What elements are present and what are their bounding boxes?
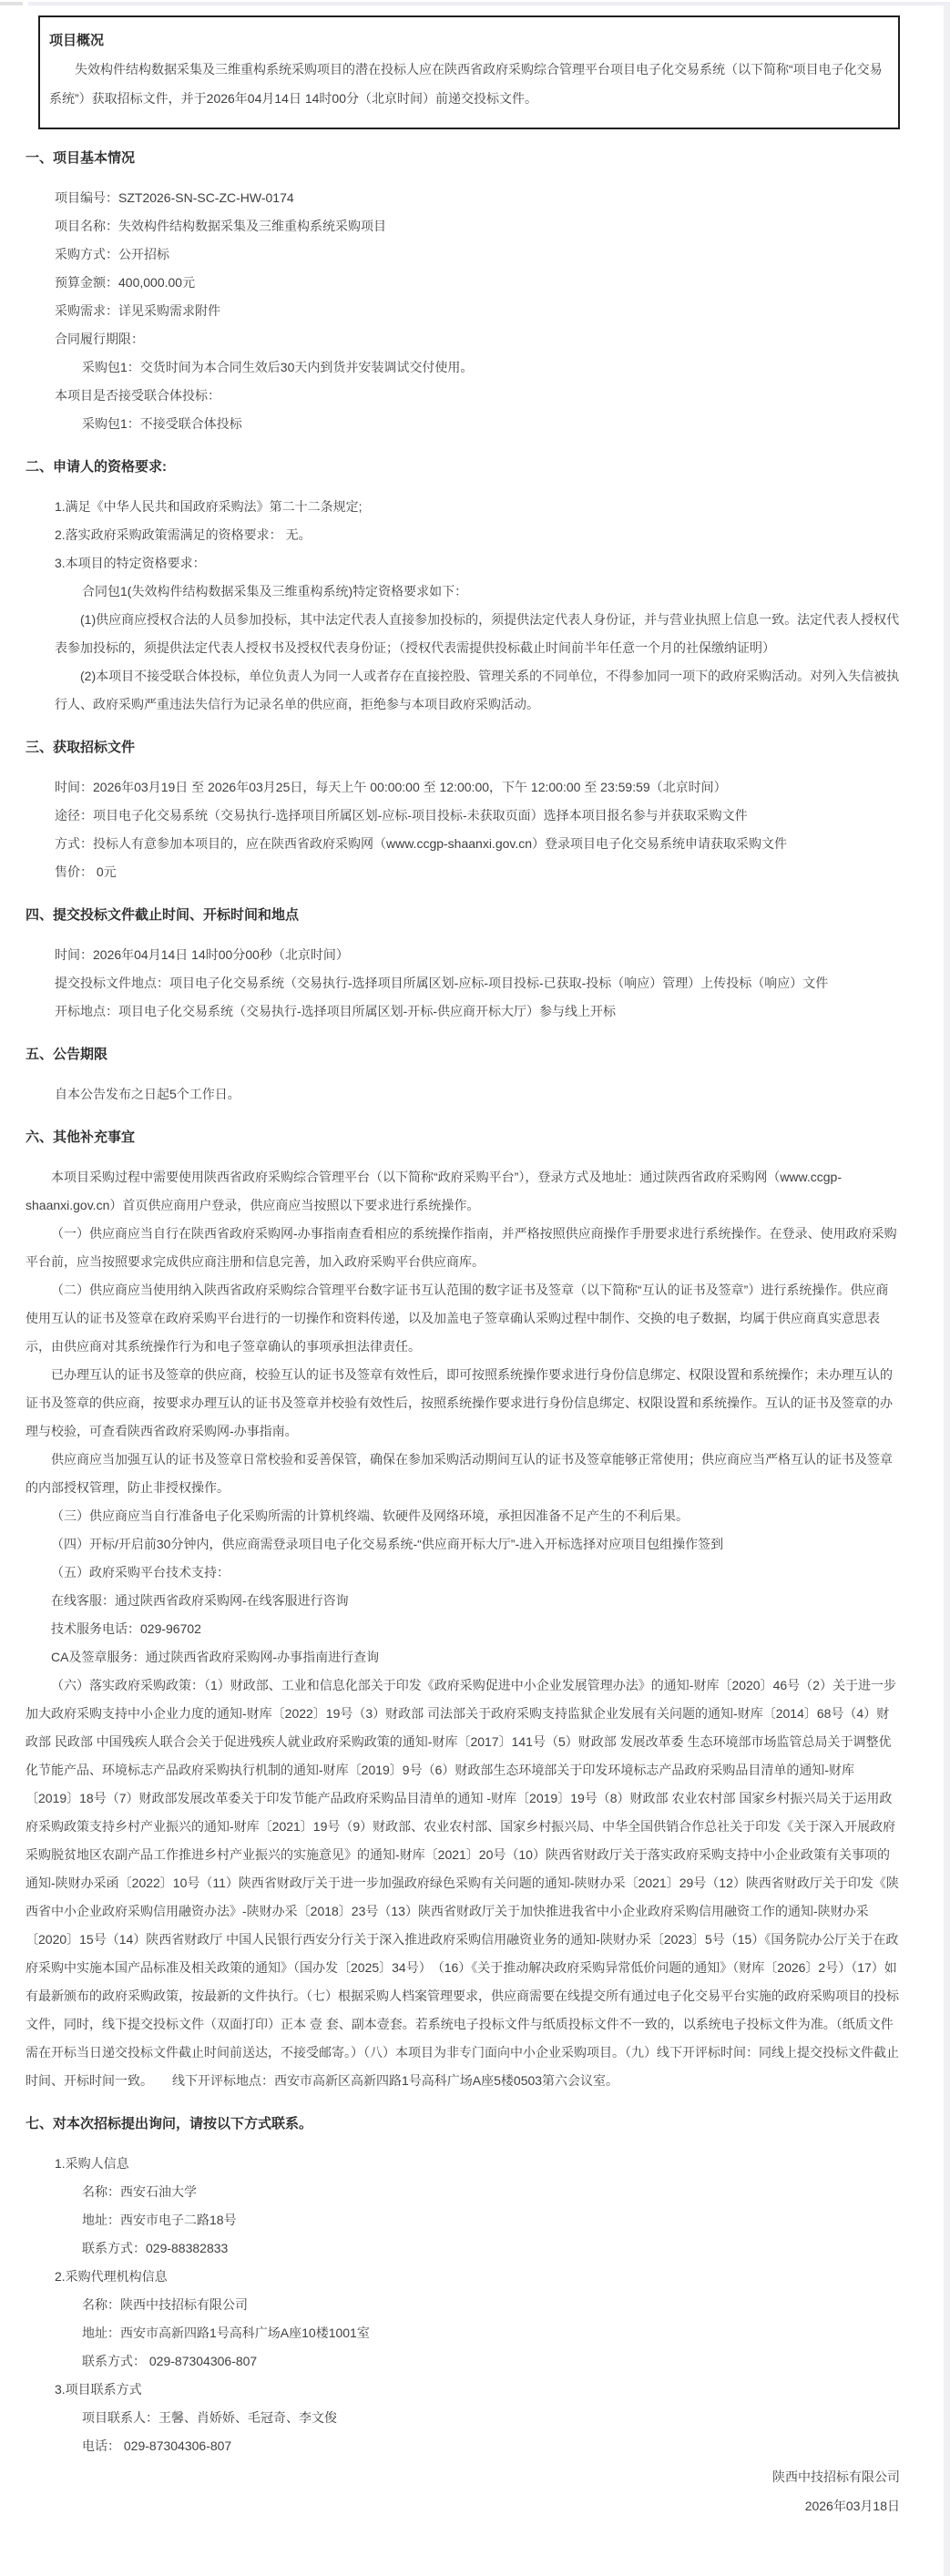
top-divider-line — [28, 2, 950, 5]
submission-deadline: 时间：2026年04月14日 14时00分00秒（北京时间） — [26, 941, 900, 969]
submission-place: 提交投标文件地点：项目电子化交易系统（交易执行-选择项目所属区划-应标-项目投标… — [26, 969, 900, 997]
other-matters-item-2: （二）供应商应当使用纳入陕西省政府采购综合管理平台数字证书互认范围的数字证书及签… — [26, 1276, 900, 1361]
joint-bid-label: 本项目是否接受联合体投标： — [26, 382, 900, 410]
other-matters-item-1: （一）供应商应当自行在陕西省政府采购网-办事指南查看相应的系统操作指南，并严格按… — [26, 1220, 900, 1276]
section-obtain-documents: 三、获取招标文件 时间：2026年03月19日 至 2026年03月25日，每天… — [26, 733, 900, 886]
qualification-item-2: 2.落实政府采购政策需满足的资格要求： 无。 — [26, 521, 900, 549]
announcement-document: 项目概况 失效构件结构数据采集及三维重构系统采购项目的潜在投标人应在陕西省政府采… — [0, 15, 950, 2520]
section-5-heading: 五、公告期限 — [26, 1040, 900, 1068]
section-announcement-period: 五、公告期限 自本公告发布之日起5个工作日。 — [26, 1040, 900, 1109]
buyer-contact: 联系方式：029-88382833 — [26, 2234, 900, 2263]
project-contacts: 项目联系人：王馨、肖娇娇、毛冠奇、李文俊 — [26, 2404, 900, 2432]
obtain-time: 时间：2026年03月19日 至 2026年03月25日，每天上午 00:00:… — [26, 773, 900, 802]
buyer-info-label: 1.采购人信息 — [26, 2150, 900, 2178]
joint-bid-package: 采购包1：不接受联合体投标 — [26, 410, 900, 438]
obtain-method: 方式：投标人有意参加本项目的，应在陕西省政府采购网（www.ccgp-shaan… — [26, 830, 900, 858]
agent-name: 名称：陕西中技招标有限公司 — [26, 2291, 900, 2319]
other-matters-item-3: （三）供应商应当自行准备电子化采购所需的计算机终端、软硬件及网络环境，承担因准备… — [26, 1502, 900, 1530]
qualification-item-3: 3.本项目的特定资格要求： — [26, 549, 900, 578]
top-tab-remnant — [0, 2, 23, 5]
package-requirement-line: 合同包1(失效构件结构数据采集及三维重构系统)特定资格要求如下： — [26, 578, 900, 606]
section-2-heading: 二、申请人的资格要求: — [26, 453, 900, 481]
project-overview-box: 项目概况 失效构件结构数据采集及三维重构系统采购项目的潜在投标人应在陕西省政府采… — [38, 15, 900, 129]
procurement-method: 采购方式：公开招标 — [26, 240, 900, 269]
other-matters-item-5: （五）政府采购平台技术支持： — [26, 1559, 900, 1587]
signature-company: 陕西中技招标有限公司 — [26, 2462, 900, 2491]
procurement-requirement: 采购需求：详见采购需求附件 — [26, 297, 900, 325]
project-contact-label: 3.项目联系方式 — [26, 2376, 900, 2404]
section-contacts: 七、对本次招标提出询问，请按以下方式联系。 1.采购人信息 名称：西安石油大学 … — [26, 2110, 900, 2460]
contract-term-package: 采购包1：交货时间为本合同生效后30天内到货并安装调试交付使用。 — [26, 353, 900, 382]
online-support-line: 在线客服：通过陕西省政府采购网-在线客服进行咨询 — [26, 1587, 900, 1615]
ca-service-line: CA及签章服务：通过陕西省政府采购网-办事指南进行查询 — [26, 1643, 900, 1671]
announcement-period: 自本公告发布之日起5个工作日。 — [26, 1080, 900, 1109]
other-matters-item-2b: 供应商应当加强互认的证书及签章日常校验和妥善保管，确保在参加采购活动期间互认的证… — [26, 1446, 900, 1502]
buyer-name: 名称：西安石油大学 — [26, 2178, 900, 2206]
section-deadline-opening: 四、提交投标文件截止时间、开标时间和地点 时间：2026年04月14日 14时0… — [26, 901, 900, 1026]
other-matters-item-4: （四）开标/开启前30分钟内，供应商需登录项目电子化交易系统-“供应商开标大厅”… — [26, 1530, 900, 1559]
scrollbar-track[interactable] — [944, 5, 950, 2576]
section-4-heading: 四、提交投标文件截止时间、开标时间和地点 — [26, 901, 900, 929]
opening-place: 开标地点：项目电子化交易系统（交易执行-选择项目所属区划-开标-供应商开标大厅）… — [26, 997, 900, 1026]
agent-info-label: 2.采购代理机构信息 — [26, 2263, 900, 2291]
agent-address: 地址：西安市高新四路1号高科广场A座10楼1001室 — [26, 2319, 900, 2347]
project-name: 项目名称：失效构件结构数据采集及三维重构系统采购项目 — [26, 212, 900, 240]
budget-amount: 预算金额：400,000.00元 — [26, 269, 900, 297]
buyer-address: 地址：西安市电子二路18号 — [26, 2206, 900, 2234]
obtain-route: 途径：项目电子化交易系统（交易执行-选择项目所属区划-应标-项目投标-未获取页面… — [26, 802, 900, 830]
specific-requirement-1: (1)供应商应授权合法的人员参加投标，其中法定代表人直接参加投标的，须提供法定代… — [55, 606, 900, 662]
other-matters-item-2a: 已办理互认的证书及签章的供应商，校验互认的证书及签章有效性后，即可按照系统操作要… — [26, 1361, 900, 1446]
section-1-heading: 一、项目基本情况 — [26, 144, 900, 172]
project-number: 项目编号：SZT2026-SN-SC-ZC-HW-0174 — [26, 184, 900, 212]
signature-date: 2026年03月18日 — [26, 2491, 900, 2520]
project-phone: 电话： 029-87304306-807 — [26, 2432, 900, 2460]
signature-block: 陕西中技招标有限公司 2026年03月18日 — [26, 2462, 900, 2520]
policy-list-paragraph: （六）落实政府采购政策：（1）财政部、工业和信息化部关于印发《政府采购促进中小企… — [26, 1671, 900, 2095]
contract-term-label: 合同履行期限： — [26, 325, 900, 353]
tech-phone-line: 技术服务电话：029-96702 — [26, 1615, 900, 1643]
section-other-matters: 六、其他补充事宜 本项目采购过程中需要使用陕西省政府采购综合管理平台（以下简称“… — [26, 1123, 900, 2095]
document-price: 售价： 0元 — [26, 858, 900, 886]
section-3-heading: 三、获取招标文件 — [26, 733, 900, 762]
qualification-item-1: 1.满足《中华人民共和国政府采购法》第二十二条规定; — [26, 493, 900, 521]
other-matters-intro: 本项目采购过程中需要使用陕西省政府采购综合管理平台（以下简称“政府采购平台”），… — [26, 1163, 900, 1220]
section-6-heading: 六、其他补充事宜 — [26, 1123, 900, 1151]
section-basic-info: 一、项目基本情况 项目编号：SZT2026-SN-SC-ZC-HW-0174 项… — [26, 144, 900, 438]
section-qualification: 二、申请人的资格要求: 1.满足《中华人民共和国政府采购法》第二十二条规定; 2… — [26, 453, 900, 719]
overview-body: 失效构件结构数据采集及三维重构系统采购项目的潜在投标人应在陕西省政府采购综合管理… — [49, 55, 891, 113]
section-7-heading: 七、对本次招标提出询问，请按以下方式联系。 — [26, 2110, 900, 2138]
specific-requirement-2: (2)本项目不接受联合体投标，单位负责人为同一人或者存在直接控股、管理关系的不同… — [55, 662, 900, 719]
overview-title: 项目概况 — [49, 26, 891, 55]
agent-contact: 联系方式： 029-87304306-807 — [26, 2347, 900, 2376]
